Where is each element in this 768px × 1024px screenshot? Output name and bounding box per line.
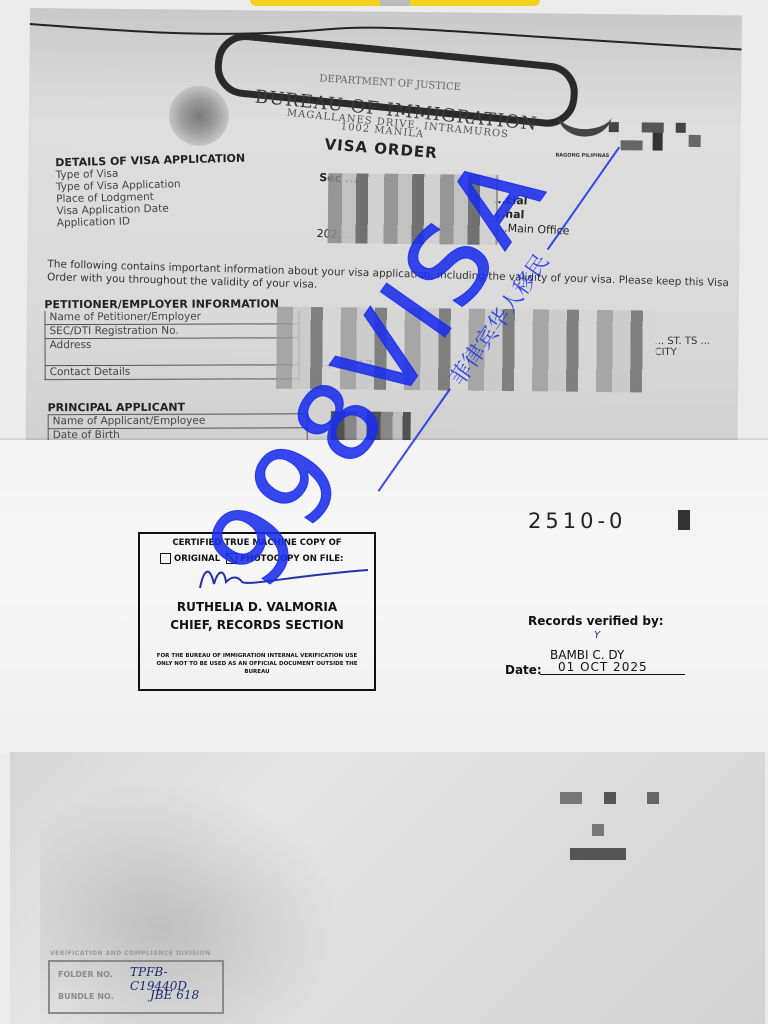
label-petitioner-name: Name of Petitioner/Employer [44,310,299,325]
division-label: VERIFICATION AND COMPLIANCE DIVISION [50,950,211,957]
clip-knob [380,0,410,6]
stamp-note: FOR THE BUREAU OF IMMIGRATION INTERNAL V… [148,652,366,676]
visa-details-section: DETAILS OF VISA APPLICATION Type of Visa… [55,152,247,230]
label-sec-dti: SEC/DTI Registration No. [44,324,299,339]
date-label: Date: [505,663,542,677]
label-address: Address [45,338,300,366]
verifier-initial: Y [594,630,600,641]
signatory-name: RUTHELIA D. VALMORIA [140,600,374,614]
folder-label: FOLDER NO. [58,970,113,979]
original-checkbox [160,553,171,564]
bundle-value: JBE 618 [150,988,199,1002]
signatory-role: CHIEF, RECORDS SECTION [140,618,374,632]
verified-by-label: Records verified by: [528,614,664,628]
label-contact: Contact Details [45,365,300,380]
date-value: 01 OCT 2025 [540,660,685,675]
bundle-label: BUNDLE NO. [58,992,114,1001]
address-fragment: ... ST. TS ... CITY [655,336,725,358]
bureau-seal-icon [169,85,230,146]
redacted-block [678,510,690,530]
compliance-box: FOLDER NO. TPFB-C19440D BUNDLE NO. JBE 6… [48,960,224,1014]
reference-number: 2510-0 [528,509,626,533]
